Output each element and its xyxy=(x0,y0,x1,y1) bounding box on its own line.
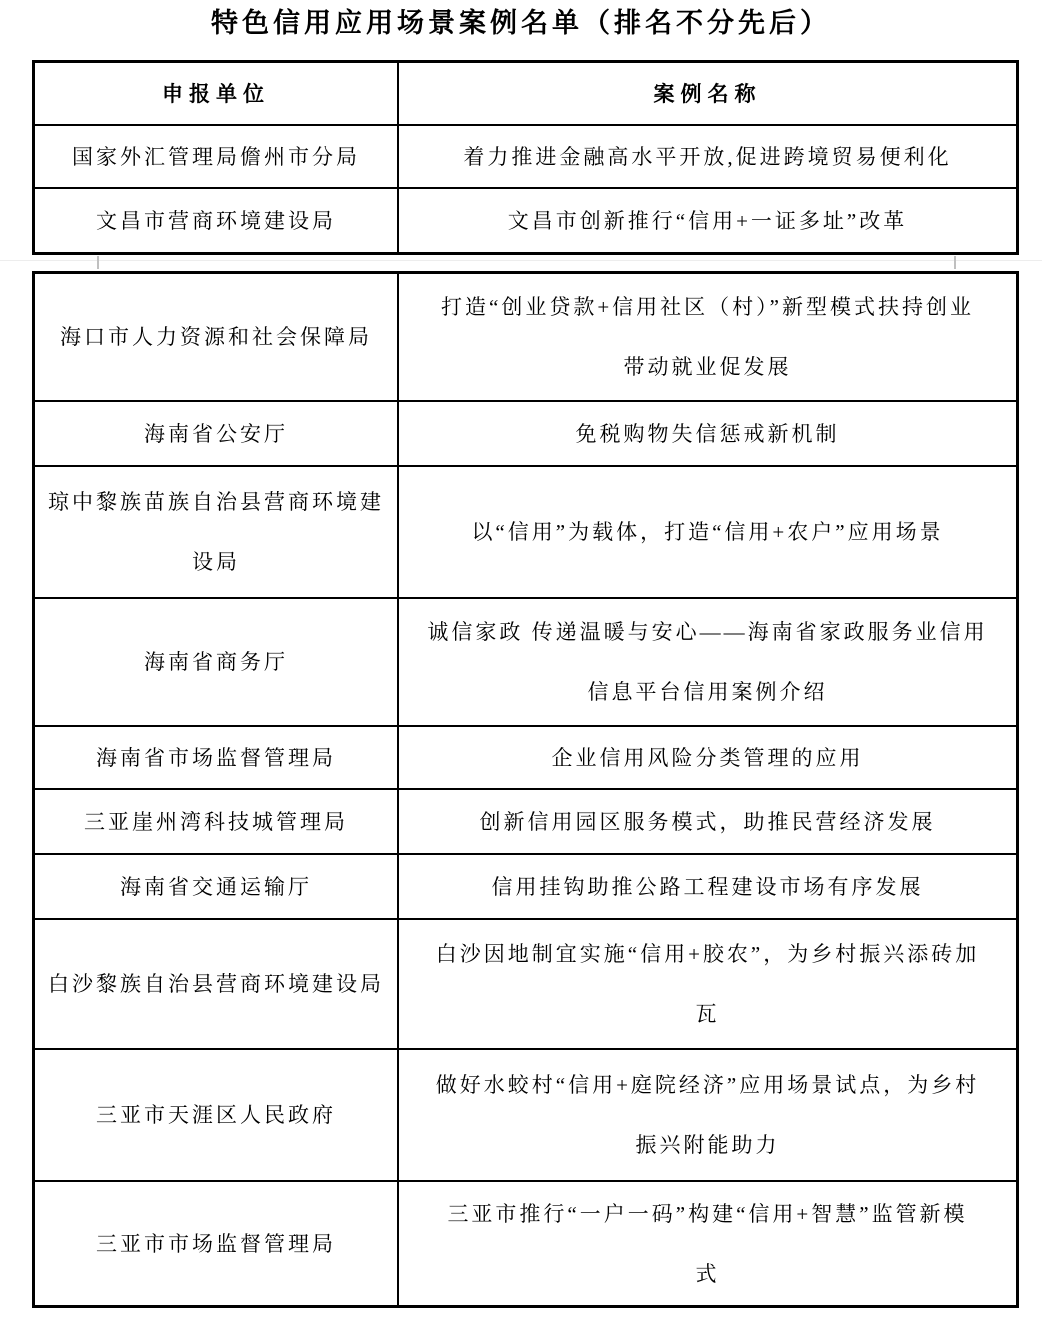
table-row: 海南省商务厅 诚信家政 传递温暖与安心——海南省家政服务业信用 信息平台信用案例… xyxy=(35,599,1016,727)
table-header-row: 申报单位 案例名称 xyxy=(35,63,1016,126)
case-cell: 做好水蛟村“信用+庭院经济”应用场景试点，为乡村 振兴附能助力 xyxy=(399,1050,1016,1180)
unit-cell: 国家外汇管理局儋州市分局 xyxy=(35,126,399,187)
unit-cell: 海口市人力资源和社会保障局 xyxy=(35,274,399,400)
case-cell: 诚信家政 传递温暖与安心——海南省家政服务业信用 信息平台信用案例介绍 xyxy=(399,599,1016,725)
table-row: 文昌市营商环境建设局 文昌市创新推行“信用+一证多址”改革 xyxy=(35,189,1016,252)
document-title: 特色信用应用场景案例名单（排名不分先后） xyxy=(0,2,1042,44)
page-break-line xyxy=(0,260,1042,261)
case-cell: 着力推进金融高水平开放,促进跨境贸易便利化 xyxy=(399,126,1016,187)
table-row: 三亚市天涯区人民政府 做好水蛟村“信用+庭院经济”应用场景试点，为乡村 振兴附能… xyxy=(35,1050,1016,1182)
cases-table-part-2: 海口市人力资源和社会保障局 打造“创业贷款+信用社区（村）”新型模式扶持创业 带… xyxy=(32,271,1019,1308)
unit-cell: 三亚市天涯区人民政府 xyxy=(35,1050,399,1180)
unit-cell: 琼中黎族苗族自治县营商环境建 设局 xyxy=(35,467,399,597)
unit-cell: 海南省市场监督管理局 xyxy=(35,727,399,788)
table-row: 三亚崖州湾科技城管理局 创新信用园区服务模式，助推民营经济发展 xyxy=(35,790,1016,855)
case-cell: 企业信用风险分类管理的应用 xyxy=(399,727,1016,788)
table-row: 海南省公安厅 免税购物失信惩戒新机制 xyxy=(35,402,1016,467)
unit-cell: 三亚崖州湾科技城管理局 xyxy=(35,790,399,853)
page-break-tick-right xyxy=(954,256,956,269)
case-cell: 文昌市创新推行“信用+一证多址”改革 xyxy=(399,189,1016,252)
cases-table-part-1: 申报单位 案例名称 国家外汇管理局儋州市分局 着力推进金融高水平开放,促进跨境贸… xyxy=(32,60,1019,255)
case-cell: 三亚市推行“一户一码”构建“信用+智慧”监管新模 式 xyxy=(399,1182,1016,1305)
case-cell: 信用挂钩助推公路工程建设市场有序发展 xyxy=(399,855,1016,918)
table-row: 三亚市市场监督管理局 三亚市推行“一户一码”构建“信用+智慧”监管新模 式 xyxy=(35,1182,1016,1305)
table-row: 海南省市场监督管理局 企业信用风险分类管理的应用 xyxy=(35,727,1016,790)
case-cell: 白沙因地制宜实施“信用+胶农”，为乡村振兴添砖加 瓦 xyxy=(399,920,1016,1048)
page: { "title": "特色信用应用场景案例名单（排名不分先后）", "tabl… xyxy=(0,0,1042,1324)
table-row: 白沙黎族自治县营商环境建设局 白沙因地制宜实施“信用+胶农”，为乡村振兴添砖加 … xyxy=(35,920,1016,1050)
case-cell: 以“信用”为载体，打造“信用+农户”应用场景 xyxy=(399,467,1016,597)
unit-cell: 海南省公安厅 xyxy=(35,402,399,465)
unit-cell: 海南省商务厅 xyxy=(35,599,399,725)
case-cell: 创新信用园区服务模式，助推民营经济发展 xyxy=(399,790,1016,853)
unit-cell: 文昌市营商环境建设局 xyxy=(35,189,399,252)
header-cell-case: 案例名称 xyxy=(399,63,1016,124)
unit-cell: 海南省交通运输厅 xyxy=(35,855,399,918)
table-row: 琼中黎族苗族自治县营商环境建 设局 以“信用”为载体，打造“信用+农户”应用场景 xyxy=(35,467,1016,599)
case-cell: 打造“创业贷款+信用社区（村）”新型模式扶持创业 带动就业促发展 xyxy=(399,274,1016,400)
table-row: 国家外汇管理局儋州市分局 着力推进金融高水平开放,促进跨境贸易便利化 xyxy=(35,126,1016,189)
table-row: 海南省交通运输厅 信用挂钩助推公路工程建设市场有序发展 xyxy=(35,855,1016,920)
page-break-tick-left xyxy=(97,256,99,269)
table-row: 海口市人力资源和社会保障局 打造“创业贷款+信用社区（村）”新型模式扶持创业 带… xyxy=(35,274,1016,402)
unit-cell: 三亚市市场监督管理局 xyxy=(35,1182,399,1305)
unit-cell: 白沙黎族自治县营商环境建设局 xyxy=(35,920,399,1048)
case-cell: 免税购物失信惩戒新机制 xyxy=(399,402,1016,465)
header-cell-unit: 申报单位 xyxy=(35,63,399,124)
